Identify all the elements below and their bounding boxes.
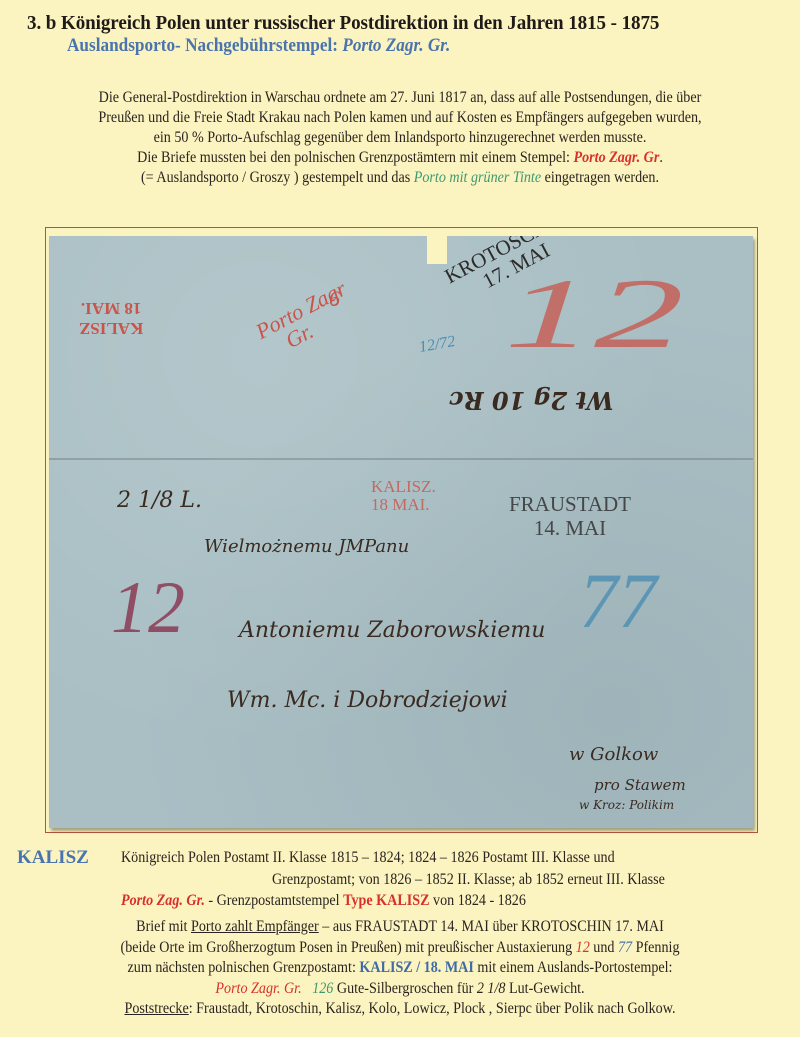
summary-text: Lut-Gewicht.: [505, 980, 584, 997]
kalisz-date-highlight: KALISZ / 18. MAI: [359, 959, 473, 976]
intro-line: ein 50 % Porto-Aufschlag gegenüber dem I…: [36, 128, 764, 148]
summary-text: und: [590, 939, 618, 956]
stamp-line: KALISZ.: [371, 478, 436, 496]
rate-red: 12: [576, 939, 590, 956]
summary-text: (beide Orte im Großherzogtum Posen in Pr…: [121, 939, 576, 956]
intro-paragraph: Die General-Postdirektion in Warschau or…: [0, 88, 800, 188]
page-subtitle: Auslandsporto- Nachgebührstempel: Porto …: [67, 36, 662, 57]
address-line-3: Wm. Mc. i Dobrodziejowi: [227, 688, 508, 713]
stamp-line: KALISZ: [79, 318, 143, 338]
kalisz-label: KALISZ: [17, 847, 89, 869]
summary-text: Brief mit: [136, 918, 191, 935]
address-line-5: pro Stawem: [594, 776, 686, 794]
info-text: von 1824 - 1826: [430, 892, 526, 909]
kalisz-inverted-stamp: KALISZ 18 MAI.: [79, 298, 143, 338]
summary-text: mit einem Auslands-Portostempel:: [474, 959, 673, 976]
address-line-2: Antoniemu Zaborowskiemu: [239, 618, 545, 643]
weight-note: 2 1/8 L.: [117, 488, 202, 513]
underlined-term: Porto zahlt Empfänger: [191, 918, 319, 935]
summary-paragraph: Brief mit Porto zahlt Empfänger – aus FR…: [0, 917, 800, 1020]
summary-line: Brief mit Porto zahlt Empfänger – aus FR…: [36, 917, 764, 938]
summary-line: Poststrecke: Fraustadt, Krotoschin, Kali…: [36, 999, 764, 1020]
weight-value: 2 1/8: [477, 980, 506, 997]
summary-line: zum nächsten polnischen Grenzpostamt: KA…: [36, 958, 764, 979]
summary-text: – aus FRAUSTADT 14. MAI über KROTOSCHIN …: [319, 918, 664, 935]
subtitle-prefix: Auslandsporto- Nachgebührstempel:: [67, 36, 342, 56]
porto-zagr-stamp: Porto Zagr Gr.: [252, 277, 360, 362]
address-line-1: Wielmożnemu JMPanu: [204, 536, 409, 557]
info-text: - Grenzpostamtstempel: [205, 892, 343, 909]
kalisz-info-line: Königreich Polen Postamt II. Klasse 1815…: [121, 849, 615, 867]
rate-green: 126: [312, 980, 333, 997]
intro-line: (= Auslandsporto / Groszy ) gestempelt u…: [36, 168, 764, 188]
inverted-manuscript-note: Wt 2g 10 Rc: [449, 386, 614, 415]
rate-blue: 77: [618, 939, 632, 956]
green-ink-highlight: Porto mit grüner Tinte: [414, 169, 541, 186]
address-line-4: w Golkow: [569, 744, 658, 765]
page-heading: 3. b Königreich Polen unter russischer P…: [27, 12, 707, 57]
stamp-name-highlight: Porto Zag. Gr.: [121, 892, 205, 909]
red-rate-12: 12: [504, 256, 684, 371]
intro-text: (= Auslandsporto / Groszy ) gestempelt u…: [141, 169, 414, 186]
stamp-line: FRAUSTADT: [509, 492, 631, 516]
intro-text: .: [659, 149, 663, 166]
underlined-term: Poststrecke: [124, 1000, 188, 1017]
purple-rate-12: 12: [111, 566, 185, 651]
summary-line: Porto Zagr. Gr. 126 Gute-Silbergroschen …: [36, 979, 764, 1000]
intro-line: Die General-Postdirektion in Warschau or…: [36, 88, 764, 108]
stamp-name-highlight: Porto Zagr. Gr: [574, 149, 660, 166]
stamp-name-highlight: Porto Zagr. Gr.: [215, 980, 301, 997]
stamp-type-highlight: Type KALISZ: [343, 892, 429, 909]
blue-rate-77: 77: [579, 556, 657, 646]
summary-text: zum nächsten polnischen Grenzpostamt:: [128, 959, 360, 976]
stamp-line: 14. MAI: [509, 516, 631, 540]
intro-line: Die Briefe mussten bei den polnischen Gr…: [36, 148, 764, 168]
porto-rate-mark: 6: [329, 286, 340, 312]
intro-text: Die Briefe mussten bei den polnischen Gr…: [137, 149, 573, 166]
address-line-6: w Kroz: Polikim: [579, 798, 674, 812]
page-title: 3. b Königreich Polen unter russischer P…: [27, 12, 659, 35]
stamp-line: 18 MAI.: [79, 298, 143, 318]
fraustadt-stamp: FRAUSTADT 14. MAI: [509, 492, 631, 540]
stamp-line: 18 MAI.: [371, 496, 436, 514]
summary-text: Pfennig: [632, 939, 679, 956]
intro-line: Preußen und die Freie Stadt Krakau nach …: [36, 108, 764, 128]
intro-text: eingetragen werden.: [541, 169, 659, 186]
summary-line: (beide Orte im Großherzogtum Posen in Pr…: [36, 938, 764, 959]
summary-text: : Fraustadt, Krotoschin, Kalisz, Kolo, L…: [189, 1000, 676, 1017]
kalisz-info-line: Grenzpostamt; von 1826 – 1852 II. Klasse…: [272, 871, 665, 889]
letter-image: KALISZ 18 MAI. Porto Zagr Gr. 6 KROTOSCH…: [49, 236, 753, 828]
summary-text: Gute-Silbergroschen für: [333, 980, 476, 997]
kalisz-faint-stamp: KALISZ. 18 MAI.: [371, 478, 436, 514]
paper-notch: [427, 236, 447, 264]
blue-fraction: 12/72: [418, 333, 457, 357]
fold-line: [49, 458, 753, 460]
subtitle-stamp-name: Porto Zagr. Gr.: [342, 36, 450, 56]
kalisz-info-line: Porto Zag. Gr. - Grenzpostamtstempel Typ…: [121, 892, 526, 910]
